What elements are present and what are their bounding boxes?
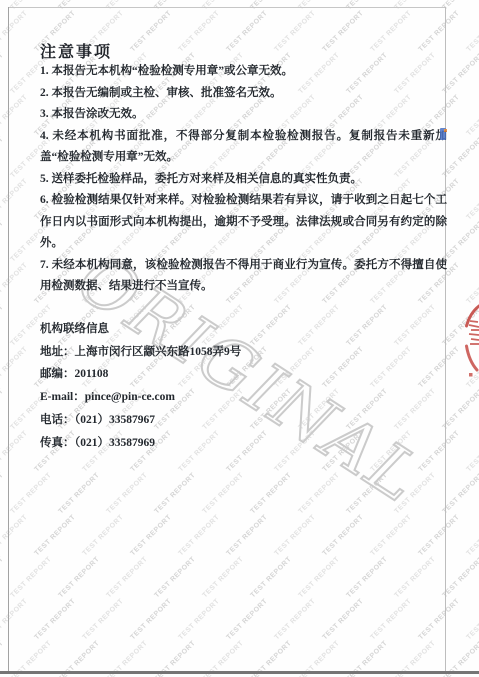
contact-separator: ： <box>63 437 75 449</box>
contact-value: pince@pin-ce.com <box>85 391 175 403</box>
contact-line-邮编: 邮编：201108 <box>40 363 447 386</box>
scan-artifact <box>440 128 446 140</box>
contact-separator: ： <box>63 368 75 380</box>
contact-line-地址: 地址：上海市闵行区颛兴东路1058弄9号 <box>40 341 447 364</box>
notice-item: 3. 本报告涂改无效。 <box>40 104 447 126</box>
notice-list: 1. 本报告无本机构“检验检测专用章”或公章无效。2. 本报告无编制或主检、审核… <box>40 61 447 298</box>
contact-lines: 地址：上海市闵行区颛兴东路1058弄9号邮编：201108E-mail：pinc… <box>40 341 447 455</box>
contact-label: 地址 <box>40 346 63 358</box>
contact-separator: ： <box>63 346 75 358</box>
notice-item: 6. 检验检测结果仅针对来样。对检验检测结果若有异议，请于收到之日起七个工作日内… <box>40 190 447 255</box>
contact-info-block: 机构联络信息 地址：上海市闵行区颛兴东路1058弄9号邮编：201108E-ma… <box>40 318 447 454</box>
contact-value: （021）33587969 <box>75 437 156 449</box>
notice-item: 1. 本报告无本机构“检验检测专用章”或公章无效。 <box>40 61 447 83</box>
contact-value: 201108 <box>75 368 109 380</box>
contact-label: 传真 <box>40 437 63 449</box>
contact-line-E-mail: E-mail：pince@pin-ce.com <box>40 386 447 409</box>
notice-item: 7. 未经本机构同意，该检验检测报告不得用于商业行为宣传。委托方不得擅自使用检测… <box>40 255 447 298</box>
contact-value: 上海市闵行区颛兴东路1058弄9号 <box>75 346 242 358</box>
notice-item: 5. 送样委托检验样品，委托方对来样及相关信息的真实性负责。 <box>40 169 447 191</box>
page-title: 注意事项 <box>40 39 112 62</box>
contact-line-电话: 电话：（021）33587967 <box>40 409 447 432</box>
notice-item: 4. 未经本机构书面批准，不得部分复制本检验检测报告。复制报告未重新加盖“检验检… <box>40 126 447 169</box>
contact-label: E-mail <box>40 391 73 403</box>
contact-heading: 机构联络信息 <box>40 318 447 341</box>
notice-item: 2. 本报告无编制或主检、审核、批准签名无效。 <box>40 83 447 105</box>
scanned-report-notice-page: TEST REPORTTEST REPORTTEST REPORTTEST RE… <box>0 0 479 677</box>
document-content: 注意事项 1. 本报告无本机构“检验检测专用章”或公章无效。2. 本报告无编制或… <box>0 0 479 677</box>
contact-label: 电话 <box>40 414 63 426</box>
contact-value: （021）33587967 <box>75 414 156 426</box>
contact-line-传真: 传真：（021）33587969 <box>40 432 447 455</box>
contact-separator: ： <box>63 414 75 426</box>
contact-separator: ： <box>73 391 85 403</box>
contact-label: 邮编 <box>40 368 63 380</box>
